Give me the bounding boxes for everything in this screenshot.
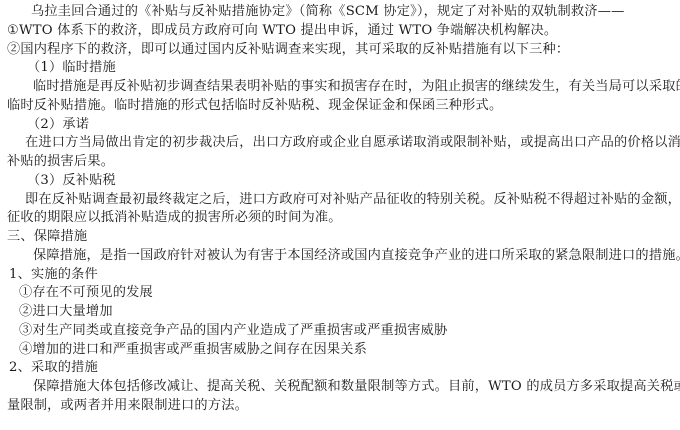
section-heading-safeguards: 三、保障措施 <box>7 226 87 247</box>
intro-paragraph-line: 乌拉圭回合通过的《补贴与反补贴措施协定》（简称《SCM 协定》），规定了对补贴的… <box>31 1 624 22</box>
wto-remedy-item: ①WTO 体系下的救济，即成员方政府可向 WTO 提出申诉，通过 WTO 争端解… <box>7 20 557 41</box>
condition-item-1: ①存在不可预见的发展 <box>19 282 153 303</box>
undertakings-paragraph-line-1: 在进口方当局做出肯定的初步裁决后，出口方政府或企业自愿承诺取消或限制补贴，或提高… <box>25 132 680 153</box>
countervailing-duty-paragraph-line-2: 征收的期限应以抵消补贴造成的损害所必须的时间为准。 <box>7 207 342 228</box>
measures-paragraph-line-1: 保障措施大体包括修改减让、提高关税、关税配额和数量限制等方式。目前，WTO 的成… <box>33 376 680 397</box>
provisional-measures-paragraph-line-1: 临时措施是再反补贴初步调查结果表明补贴的事实和损害存在时，为阻止损害的继续发生，… <box>33 76 680 97</box>
heading-provisional-measures: （1）临时措施 <box>27 57 116 78</box>
safeguards-definition-paragraph: 保障措施，是指一国政府针对被认为有害于本国经济或国内直接竞争产业的进口所采取的紧… <box>33 245 680 266</box>
subheading-measures: 2、采取的措施 <box>9 357 98 378</box>
provisional-measures-paragraph-line-2: 临时反补贴措施。临时措施的形式包括临时反补贴税、现金保证金和保函三种形式。 <box>7 95 502 116</box>
condition-item-2: ②进口大量增加 <box>19 301 113 322</box>
measures-paragraph-line-2: 量限制，或两者并用来限制进口的方法。 <box>7 395 248 416</box>
condition-item-3: ③对生产同类或直接竞争产品的国内产业造成了严重损害或严重损害威胁 <box>19 320 447 341</box>
undertakings-paragraph-line-2: 补贴的损害后果。 <box>7 151 114 172</box>
heading-countervailing-duty: （3）反补贴税 <box>27 170 116 191</box>
